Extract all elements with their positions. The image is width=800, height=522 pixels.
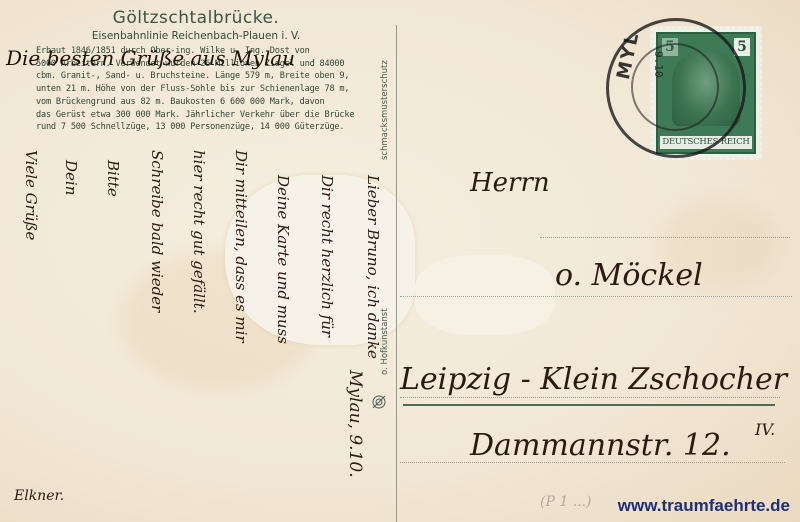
address-street: Dammannstr. 12. [470,428,731,463]
address-line [400,397,780,398]
message-date: Mylau, 9.10. [345,370,365,478]
description-line: vom Brückengrund aus 82 m. Baukosten 6 6… [36,96,356,109]
address-city: Leipzig - Klein Zschocher [400,362,787,397]
message-line: Viele Grüße [22,150,40,240]
card-subtitle: Eisenbahnlinie Reichenbach-Plauen i. V. [36,30,356,42]
description-line: cbm. Granit-, Sand- u. Bruchsteine. Läng… [36,70,356,83]
message-line: Dir mitteilen, dass es mir [232,150,250,343]
description-line: das Gerüst etwa 300 000 Mark. Jährlicher… [36,109,356,122]
postcard-back: Göltzschtalbrücke. Eisenbahnlinie Reiche… [0,0,800,522]
center-divider [396,25,397,522]
pencil-note: (P 1 ...) [540,494,592,510]
message-line: Dein [62,160,80,195]
address-line [400,296,792,297]
address-salutation: Herrn [470,168,550,198]
message-line: Bitte [104,160,122,197]
imprint-musterschutz: schmacksmusterschutz [380,60,390,160]
description-line: rund 7 500 Schnellzüge, 13 000 Personenz… [36,121,356,134]
address-line [540,237,790,238]
address-floor: IV. [755,420,775,439]
message-line: Deine Karte und muss [274,175,292,344]
message-line: Lieber Bruno, ich danke [364,175,382,359]
postmark-date: 9.10 [652,51,665,78]
address-underline [403,404,775,406]
watermark-url: www.traumfaehrte.de [618,496,790,516]
description-line: unten 21 m. Höhe von der Fluss-Sohle bis… [36,83,356,96]
signature: Elkner. [14,488,64,504]
publisher-logo-icon [370,393,388,411]
address-name: o. Möckel [555,258,703,293]
postmark: MYL 9.10 [606,18,746,158]
postmark-inner-ring [631,43,719,131]
card-title: Göltzschtalbrücke. [36,8,356,28]
message-line: hier recht gut gefällt. [190,150,208,314]
message-greeting: Die besten Grüße aus Mylau [6,46,295,70]
message-line: Schreibe bald wieder [148,150,166,312]
paper-abrasion [415,255,555,335]
message-line: Dir recht herzlich für [318,175,336,337]
